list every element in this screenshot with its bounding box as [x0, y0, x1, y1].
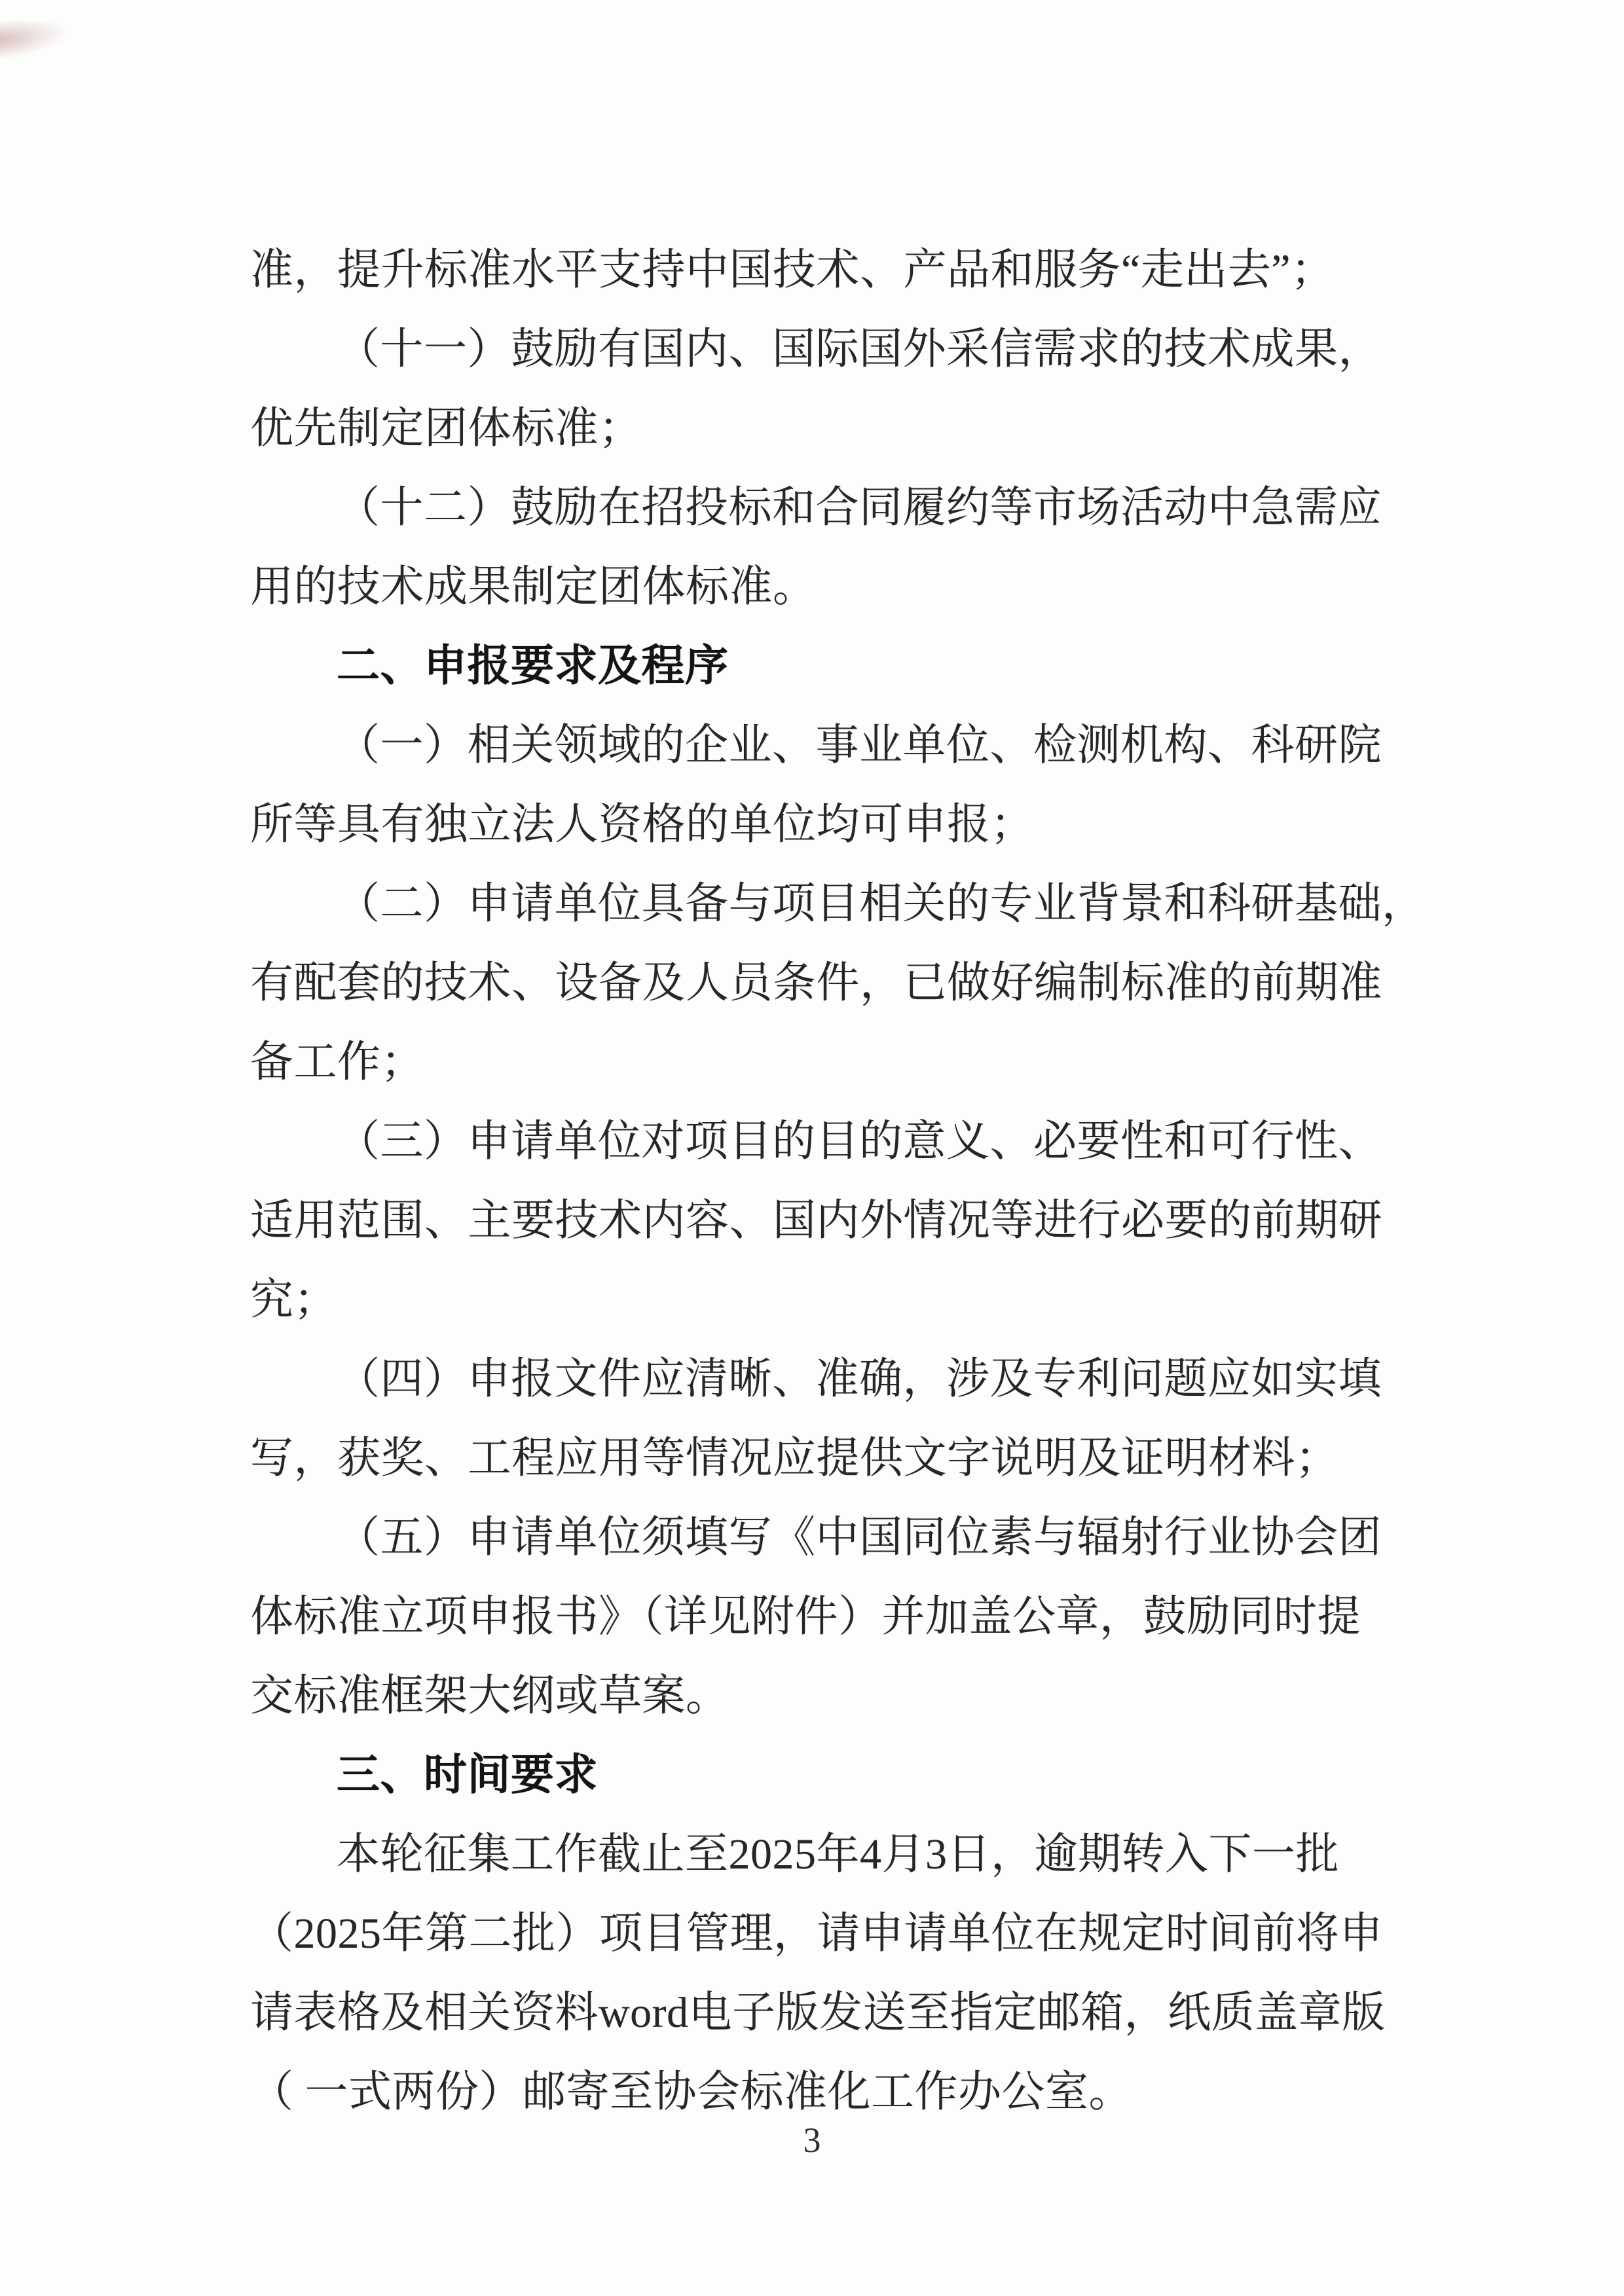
- text-line: （2025年第二批）项目管理，请申请单位在规定时间前将申: [250, 1894, 1455, 1973]
- text-line: （二）申请单位具备与项目相关的专业背景和科研基础，: [250, 864, 1455, 943]
- text-line: 优先制定团体标准；: [250, 389, 1455, 468]
- text-line: 体标准立项申报书》（详见附件）并加盖公章，鼓励同时提: [250, 1577, 1455, 1656]
- text-line: 有配套的技术、设备及人员条件，已做好编制标准的前期准: [250, 943, 1455, 1023]
- text-line: （三）申请单位对项目的目的意义、必要性和可行性、: [250, 1102, 1455, 1181]
- text-line: 准，提升标准水平支持中国技术、产品和服务“走出去”；: [250, 230, 1455, 310]
- section-heading: 二、申报要求及程序: [250, 627, 1455, 706]
- text-line: （四）申报文件应清晰、准确，涉及专利问题应如实填: [250, 1339, 1455, 1419]
- text-line: 写，获奖、工程应用等情况应提供文字说明及证明材料；: [250, 1419, 1455, 1498]
- text-line: 适用范围、主要技术内容、国内外情况等进行必要的前期研: [250, 1181, 1455, 1260]
- text-line: 交标准框架大纲或草案。: [250, 1656, 1455, 1736]
- text-line: 所等具有独立法人资格的单位均可申报；: [250, 785, 1455, 864]
- text-line: 本轮征集工作截止至2025年4月3日，逾期转入下一批: [250, 1815, 1455, 1894]
- text-line: （一）相关领域的企业、事业单位、检测机构、科研院: [250, 706, 1455, 785]
- text-line: 用的技术成果制定团体标准。: [250, 547, 1455, 627]
- text-line: 备工作；: [250, 1023, 1455, 1102]
- page-number: 3: [0, 2119, 1624, 2162]
- text-line: （十二）鼓励在招投标和合同履约等市场活动中急需应: [250, 468, 1455, 547]
- scanned-document-page: 准，提升标准水平支持中国技术、产品和服务“走出去”； （十一）鼓励有国内、国际国…: [0, 0, 1624, 2296]
- document-body: 准，提升标准水平支持中国技术、产品和服务“走出去”； （十一）鼓励有国内、国际国…: [250, 230, 1455, 2132]
- scan-smudge-artifact: [0, 4, 124, 67]
- text-line: （五）申请单位须填写《中国同位素与辐射行业协会团: [250, 1498, 1455, 1577]
- text-line: （十一）鼓励有国内、国际国外采信需求的技术成果，: [250, 310, 1455, 389]
- text-line: 究；: [250, 1260, 1455, 1339]
- section-heading: 三、时间要求: [250, 1736, 1455, 1815]
- text-line: 请表格及相关资料word电子版发送至指定邮箱，纸质盖章版: [250, 1973, 1455, 2052]
